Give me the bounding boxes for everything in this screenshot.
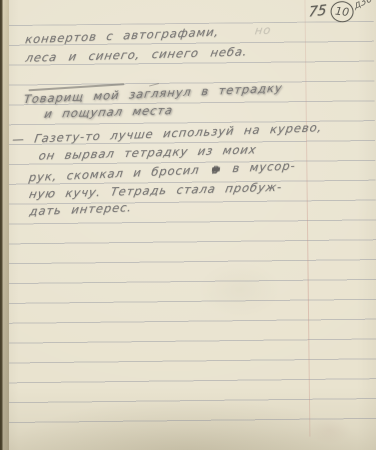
handwriting-line-7-post: в мусор- — [232, 158, 297, 175]
page-number: 75 — [308, 2, 327, 20]
handwriting-line-1-erased: но — [254, 23, 272, 38]
circled-number: 10 — [329, 0, 354, 23]
ruled-lines — [0, 21, 376, 424]
circled-number-value: 10 — [334, 5, 349, 19]
notebook-page-scan: 75 10 д30 конвертов с автографами, но ле… — [0, 0, 376, 450]
page-content: 75 10 д30 конвертов с автографами, но ле… — [0, 0, 376, 450]
page-binding-edge — [0, 0, 9, 450]
corner-mark: д30 — [353, 0, 374, 12]
crossed-out-word: в — [211, 162, 220, 176]
